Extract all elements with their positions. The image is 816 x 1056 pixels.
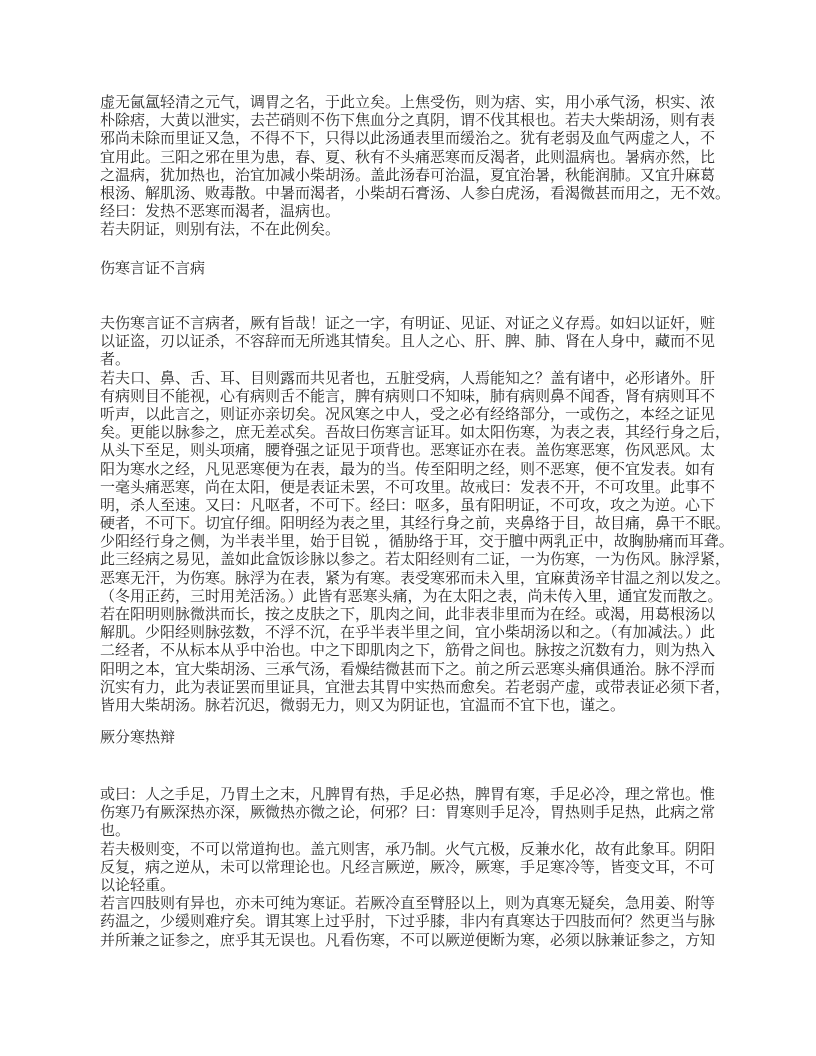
section-paragraph-jue-fen-hanre: 或曰：人之手足，乃胃土之末，凡脾胃有热，手足必热，脾胃有寒，手足必冷，理之常也。…	[100, 786, 744, 950]
section-heading-shanghan-yanzheng: 伤寒言证不言病	[100, 260, 744, 278]
text-line: 硬者，不可下。切宜仔细。阳明经为表之里，其经行身之前，夹鼻络于目，故目痛，鼻干不…	[100, 515, 744, 533]
text-line: 若夫极则变，不可以常道拘也。盖亢则害，承乃制。火气亢极，反兼水化，故有此象耳。阴…	[100, 841, 744, 859]
text-line: 从头下至足，则头项痛，腰脊强之证见于项背也。恶寒证亦在表。盖伤寒恶寒，伤风恶风。…	[100, 442, 744, 460]
text-line: 宜用此。三阳之邪在里为患，春、夏、秋有不头痛恶寒而反渴者，此则温病也。暑病亦然，…	[100, 149, 744, 167]
text-line: 解肌。少阳经则脉弦数，不浮不沉，在乎半表半里之间，宜小柴胡汤以和之。（有加减法。…	[100, 624, 744, 642]
text-line: 阳明之本，宜大柴胡汤、三承气汤，看燥结微甚而下之。前之所云恶寒头痛俱通治。脉不浮…	[100, 661, 744, 679]
text-line: 恶寒无汗，为伤寒。脉浮为在表，紧为有寒。表受寒邪而未入里，宜麻黄汤辛甘温之剂以发…	[100, 570, 744, 588]
section-paragraph-shanghan-yanzheng: 夫伤寒言证不言病者，厥有旨哉！证之一字，有明证、见证、对证之义存焉。如妇以证奸，…	[100, 315, 744, 715]
text-line: 以论轻重。	[100, 877, 744, 895]
text-line: 朴除痞，大黄以泄实，去芒硝则不伤下焦血分之真阴，谓不伐其根也。若夫大柴胡汤，则有…	[100, 112, 744, 130]
text-line: 有病则目不能视，心有病则舌不能言，脾有病则口不知味，肺有病则鼻不闻香，肾有病则耳…	[100, 388, 744, 406]
text-line: 少阳经行身之侧，为半表半里，始于目锐 ，循胁络于耳，交于膻中两乳正中，故胸胁痛而…	[100, 533, 744, 551]
text-line: 此三经病之易见，盖如此盒饭诊脉以参之。若太阳经则有二证，一为伤寒，一为伤风。脉浮…	[100, 551, 744, 569]
text-line: 夫伤寒言证不言病者，厥有旨哉！证之一字，有明证、见证、对证之义存焉。如妇以证奸，…	[100, 315, 744, 333]
text-line: 药温之，少缓则难疗矣。谓其寒上过乎肘，下过乎膝，非内有真寒达于四肢而何？然更当与…	[100, 913, 744, 931]
text-line: 若在阳明则脉微洪而长，按之皮肤之下，肌肉之间，此非表非里而为在经。或渴，用葛根汤…	[100, 606, 744, 624]
text-line: 者。	[100, 351, 744, 369]
intro-paragraph: 虚无氤氲轻清之元气，调胃之名，于此立矣。上焦受伤，则为痞、实，用小承气汤，枳实、…	[100, 94, 744, 240]
document-page: 虚无氤氲轻清之元气，调胃之名，于此立矣。上焦受伤，则为痞、实，用小承气汤，枳实、…	[0, 0, 816, 1056]
text-line: 皆用大柴胡汤。脉若沉迟，微弱无力，则又为阴证也，宜温而不宜下也，谨之。	[100, 697, 744, 715]
text-line: 若夫口、鼻、舌、耳、目则露而共见者也，五脏受病，人焉能知之？盖有诸中，必形诸外。…	[100, 370, 744, 388]
text-line: 并所兼之证参之，庶乎其无误也。凡看伤寒，不可以厥逆便断为寒，必须以脉兼证参之，方…	[100, 932, 744, 950]
section-heading-jue-fen-hanre: 厥分寒热辩	[100, 729, 744, 747]
text-line: 伤寒乃有厥深热亦深，厥微热亦微之论，何邪？曰：胃寒则手足冷，胃热则手足热，此病之…	[100, 804, 744, 822]
text-line: 一毫头痛恶寒，尚在太阳，便是表证未罢，不可攻里。故戒曰：发表不开，不可攻里。此事…	[100, 479, 744, 497]
text-line: 若言四肢则有异也，亦未可纯为寒证。若厥冷直至臂胫以上，则为真寒无疑矣，急用姜、附…	[100, 895, 744, 913]
text-line: 根汤、解肌汤、败毒散。中暑而渴者，小柴胡石膏汤、人参白虎汤，看渴微甚而用之，无不…	[100, 185, 744, 203]
text-line: （冬用正药，三时用羌活汤。）此皆有恶寒头痛，为在太阳之表，尚未传入里，通宜发而散…	[100, 588, 744, 606]
text-line: 听声，以此言之，则证亦亲切矣。况风寒之中人，受之必有经络部分，一或伤之，本经之证…	[100, 406, 744, 424]
text-line: 邪尚未除而里证又急，不得不下，只得以此汤通表里而缓治之。犹有老弱及血气两虚之人，…	[100, 130, 744, 148]
text-line: 阳为寒水之经，凡见恶寒便为在表，最为的当。传至阳明之经，则不恶寒，便不宜发表。如…	[100, 461, 744, 479]
text-line: 沉实有力，此为表证罢而里证具，宜泄去其胃中实热而愈矣。若老弱产虚，或带表证必须下…	[100, 679, 744, 697]
text-line: 也。	[100, 822, 744, 840]
text-line: 矣。更能以脉参之，庶无差忒矣。吾故曰伤寒言证耳。如太阳伤寒，为表之表，其经行身之…	[100, 424, 744, 442]
text-line: 之温病，犹加热也，治宜加减小柴胡汤。盖此汤春可治温，夏宜治暑，秋能润肺。又宜升麻…	[100, 167, 744, 185]
text-line: 反复，病之逆从，未可以常理论也。凡经言厥逆，厥冷，厥寒，手足寒冷等，皆变文耳，不…	[100, 859, 744, 877]
text-line: 二经者，不从标本从乎中治也。中之下即肌肉之下，筋骨之间也。脉按之沉数有力，则为热…	[100, 642, 744, 660]
text-line: 若夫阴证，则别有法，不在此例矣。	[100, 221, 744, 239]
text-line: 经曰：发热不恶寒而渴者，温病也。	[100, 203, 744, 221]
text-line: 虚无氤氲轻清之元气，调胃之名，于此立矣。上焦受伤，则为痞、实，用小承气汤，枳实、…	[100, 94, 744, 112]
text-line: 或曰：人之手足，乃胃土之末，凡脾胃有热，手足必热，脾胃有寒，手足必冷，理之常也。…	[100, 786, 744, 804]
text-line: 以证盗，刃以证杀，不容辞而无所逃其情矣。且人之心、肝、脾、肺、肾在人身中，藏而不…	[100, 333, 744, 351]
text-line: 明，杀人至速。又曰：凡呕者，不可下。经曰：呕多，虽有阳明证，不可攻，攻之为逆。心…	[100, 497, 744, 515]
